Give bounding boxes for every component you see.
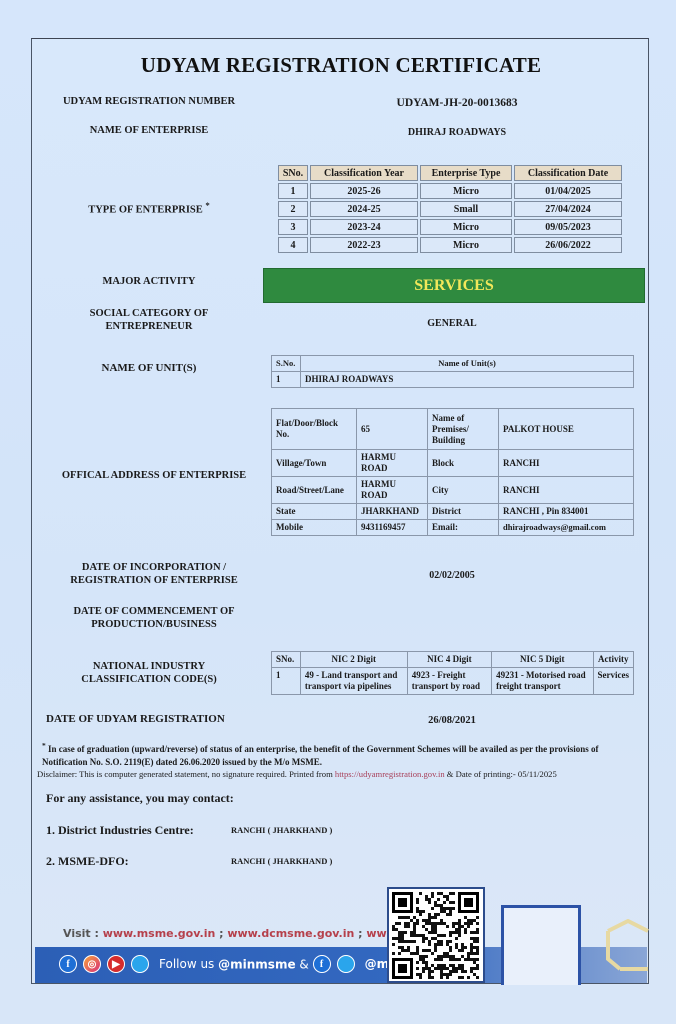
village-value: HARMU ROAD	[357, 450, 428, 477]
flat-label: Flat/Door/Block No.	[272, 409, 357, 450]
state-value: JHARKHAND	[357, 504, 428, 520]
facebook-icon[interactable]: f	[59, 955, 77, 973]
block-label: Block	[428, 450, 499, 477]
flat-value: 65	[357, 409, 428, 450]
udyam-date-label: DATE OF UDYAM REGISTRATION	[46, 713, 225, 726]
header-date: Classification Date	[514, 165, 622, 181]
nic-header-activity: Activity	[593, 652, 634, 668]
certificate-sheet: UDYAM REGISTRATION CERTIFICATE UDYAM REG…	[31, 38, 649, 984]
enterprise-name-label: NAME OF ENTERPRISE	[44, 124, 254, 137]
udyam-date: 26/08/2021	[332, 715, 572, 726]
cls-date: 27/04/2024	[514, 201, 622, 217]
cls-sno: 3	[278, 219, 308, 235]
nic-header-row: SNo. NIC 2 Digit NIC 4 Digit NIC 5 Digit…	[272, 652, 634, 668]
note-asterisk: *	[42, 741, 46, 750]
contact-msmedfo-value: RANCHI ( JHARKHAND )	[231, 856, 332, 866]
contact-dic-value: RANCHI ( JHARKHAND )	[231, 825, 332, 835]
cls-sno: 2	[278, 201, 308, 217]
nic-header-2digit: NIC 2 Digit	[300, 652, 407, 668]
nic-5digit: 49231 - Motorised road freight transport	[492, 668, 593, 695]
disclaimer-prefix: Disclaimer: This is computer generated s…	[37, 769, 335, 779]
table-row: 42022-23Micro26/06/2022	[278, 237, 622, 253]
table-row: 22024-25Small27/04/2024	[278, 201, 622, 217]
city-value: RANCHI	[499, 477, 634, 504]
commencement-label: DATE OF COMMENCEMENT OF PRODUCTION/BUSIN…	[44, 605, 264, 631]
incorporation-label-line2: REGISTRATION OF ENTERPRISE	[44, 574, 264, 587]
state-label: State	[272, 504, 357, 520]
assistance-heading: For any assistance, you may contact:	[46, 791, 234, 806]
city-label: City	[428, 477, 499, 504]
nic-header-5digit: NIC 5 Digit	[492, 652, 593, 668]
nic-header-4digit: NIC 4 Digit	[407, 652, 491, 668]
asterisk: *	[205, 200, 209, 210]
certificate-title: UDYAM REGISTRATION CERTIFICATE	[32, 53, 650, 78]
units-header-row: S.No. Name of Unit(s)	[272, 356, 634, 372]
cls-type: Micro	[420, 237, 512, 253]
instagram-icon[interactable]: ◎	[83, 955, 101, 973]
incorporation-date: 02/02/2005	[332, 570, 572, 581]
nic-label: NATIONAL INDUSTRY CLASSIFICATION CODE(S)	[44, 660, 254, 686]
visit-prefix: Visit :	[63, 927, 103, 940]
address-table: Flat/Door/Block No. 65 Name of Premises/…	[271, 408, 634, 536]
premises-label: Name of Premises/ Building	[428, 409, 499, 450]
unit-sno: 1	[272, 372, 301, 388]
cls-type: Micro	[420, 183, 512, 199]
table-row: 1 DHIRAJ ROADWAYS	[272, 372, 634, 388]
email-value: dhirajroadways@gmail.com	[499, 520, 634, 536]
note-text: In case of graduation (upward/reverse) o…	[42, 744, 598, 767]
road-label: Road/Street/Lane	[272, 477, 357, 504]
incorporation-label: DATE OF INCORPORATION / REGISTRATION OF …	[44, 561, 264, 587]
major-activity-label: MAJOR ACTIVITY	[44, 275, 254, 288]
nic-activity: Services	[593, 668, 634, 695]
email-label: Email:	[428, 520, 499, 536]
social-category-label: SOCIAL CATEGORY OF ENTREPRENEUR	[44, 307, 254, 333]
mobile-value: 9431169457	[357, 520, 428, 536]
social-category: GENERAL	[332, 318, 572, 329]
table-row: Road/Street/Lane HARMU ROAD City RANCHI	[272, 477, 634, 504]
cls-sno: 1	[278, 183, 308, 199]
table-row: 32023-24Micro09/05/2023	[278, 219, 622, 235]
disclaimer-link[interactable]: https://udyamregistration.gov.in	[335, 769, 445, 779]
qr-code	[387, 887, 485, 983]
nic-table: SNo. NIC 2 Digit NIC 4 Digit NIC 5 Digit…	[271, 651, 634, 695]
unit-name: DHIRAJ ROADWAYS	[301, 372, 634, 388]
separator: ;	[354, 927, 366, 940]
follow-text: Follow us	[159, 957, 218, 971]
units-table: S.No. Name of Unit(s) 1 DHIRAJ ROADWAYS	[271, 355, 634, 388]
twitter-icon[interactable]	[131, 955, 149, 973]
units-header-sno: S.No.	[272, 356, 301, 372]
visit-links: Visit : www.msme.gov.in ; www.dcmsme.gov…	[63, 927, 400, 940]
cls-type: Small	[420, 201, 512, 217]
cls-year: 2022-23	[310, 237, 418, 253]
commencement-label-line1: DATE OF COMMENCEMENT OF	[44, 605, 264, 618]
header-type: Enterprise Type	[420, 165, 512, 181]
mobile-label: Mobile	[272, 520, 357, 536]
units-header-name: Name of Unit(s)	[301, 356, 634, 372]
twitter-icon[interactable]	[337, 955, 355, 973]
registration-number: UDYAM-JH-20-0013683	[332, 97, 582, 109]
ampersand: &	[296, 957, 313, 971]
nic-4digit: 4923 - Freight transport by road	[407, 668, 491, 695]
table-row: State JHARKHAND District RANCHI , Pin 83…	[272, 504, 634, 520]
commencement-label-line2: PRODUCTION/BUSINESS	[44, 618, 264, 631]
table-row: Flat/Door/Block No. 65 Name of Premises/…	[272, 409, 634, 450]
premises-value: PALKOT HOUSE	[499, 409, 634, 450]
block-value: RANCHI	[499, 450, 634, 477]
link-dcmsme[interactable]: www.dcmsme.gov.in	[227, 927, 354, 940]
address-label: OFFICAL ADDRESS OF ENTERPRISE	[44, 469, 264, 482]
contact-msmedfo-label: 2. MSME-DFO:	[46, 854, 129, 869]
contact-dic-label: 1. District Industries Centre:	[46, 823, 194, 838]
nic-header-sno: SNo.	[272, 652, 301, 668]
nic-label-line2: CLASSIFICATION CODE(S)	[44, 673, 254, 686]
separator: ;	[215, 927, 227, 940]
major-activity-value: SERVICES	[263, 268, 645, 303]
table-row: 12025-26Micro01/04/2025	[278, 183, 622, 199]
nic-sno: 1	[272, 668, 301, 695]
cls-date: 01/04/2025	[514, 183, 622, 199]
units-label: NAME OF UNIT(S)	[44, 362, 254, 375]
social-category-label-line2: ENTREPRENEUR	[44, 320, 254, 333]
table-row: Mobile 9431169457 Email: dhirajroadways@…	[272, 520, 634, 536]
handle[interactable]: @minmsme	[218, 957, 295, 971]
classification-table: SNo. Classification Year Enterprise Type…	[276, 163, 624, 255]
road-value: HARMU ROAD	[357, 477, 428, 504]
photo-placeholder	[501, 905, 581, 985]
qr-code-pattern	[389, 889, 483, 981]
header-sno: SNo.	[278, 165, 308, 181]
facebook-icon[interactable]: f	[313, 955, 331, 973]
enterprise-name: DHIRAJ ROADWAYS	[332, 127, 582, 138]
nic-label-line1: NATIONAL INDUSTRY	[44, 660, 254, 673]
cls-year: 2025-26	[310, 183, 418, 199]
incorporation-label-line1: DATE OF INCORPORATION /	[44, 561, 264, 574]
hexagon-decoration-icon	[598, 919, 650, 979]
cls-type: Micro	[420, 219, 512, 235]
youtube-icon[interactable]: ▶	[107, 955, 125, 973]
nic-2digit: 49 - Land transport and transport via pi…	[300, 668, 407, 695]
cls-date: 26/06/2022	[514, 237, 622, 253]
graduation-note: * In case of graduation (upward/reverse)…	[42, 739, 640, 769]
enterprise-type-label: TYPE OF ENTERPRISE *	[44, 199, 254, 217]
cls-sno: 4	[278, 237, 308, 253]
registration-number-label: UDYAM REGISTRATION NUMBER	[44, 95, 254, 108]
header-year: Classification Year	[310, 165, 418, 181]
table-row: 1 49 - Land transport and transport via …	[272, 668, 634, 695]
disclaimer: Disclaimer: This is computer generated s…	[37, 769, 649, 780]
district-label: District	[428, 504, 499, 520]
table-row: Village/Town HARMU ROAD Block RANCHI	[272, 450, 634, 477]
classification-header-row: SNo. Classification Year Enterprise Type…	[278, 165, 622, 181]
cls-date: 09/05/2023	[514, 219, 622, 235]
link-msme[interactable]: www.msme.gov.in	[103, 927, 216, 940]
enterprise-type-label-text: TYPE OF ENTERPRISE	[88, 205, 203, 216]
social-category-label-line1: SOCIAL CATEGORY OF	[44, 307, 254, 320]
cls-year: 2023-24	[310, 219, 418, 235]
disclaimer-suffix: & Date of printing:- 05/11/2025	[445, 769, 557, 779]
village-label: Village/Town	[272, 450, 357, 477]
district-value: RANCHI , Pin 834001	[499, 504, 634, 520]
cls-year: 2024-25	[310, 201, 418, 217]
